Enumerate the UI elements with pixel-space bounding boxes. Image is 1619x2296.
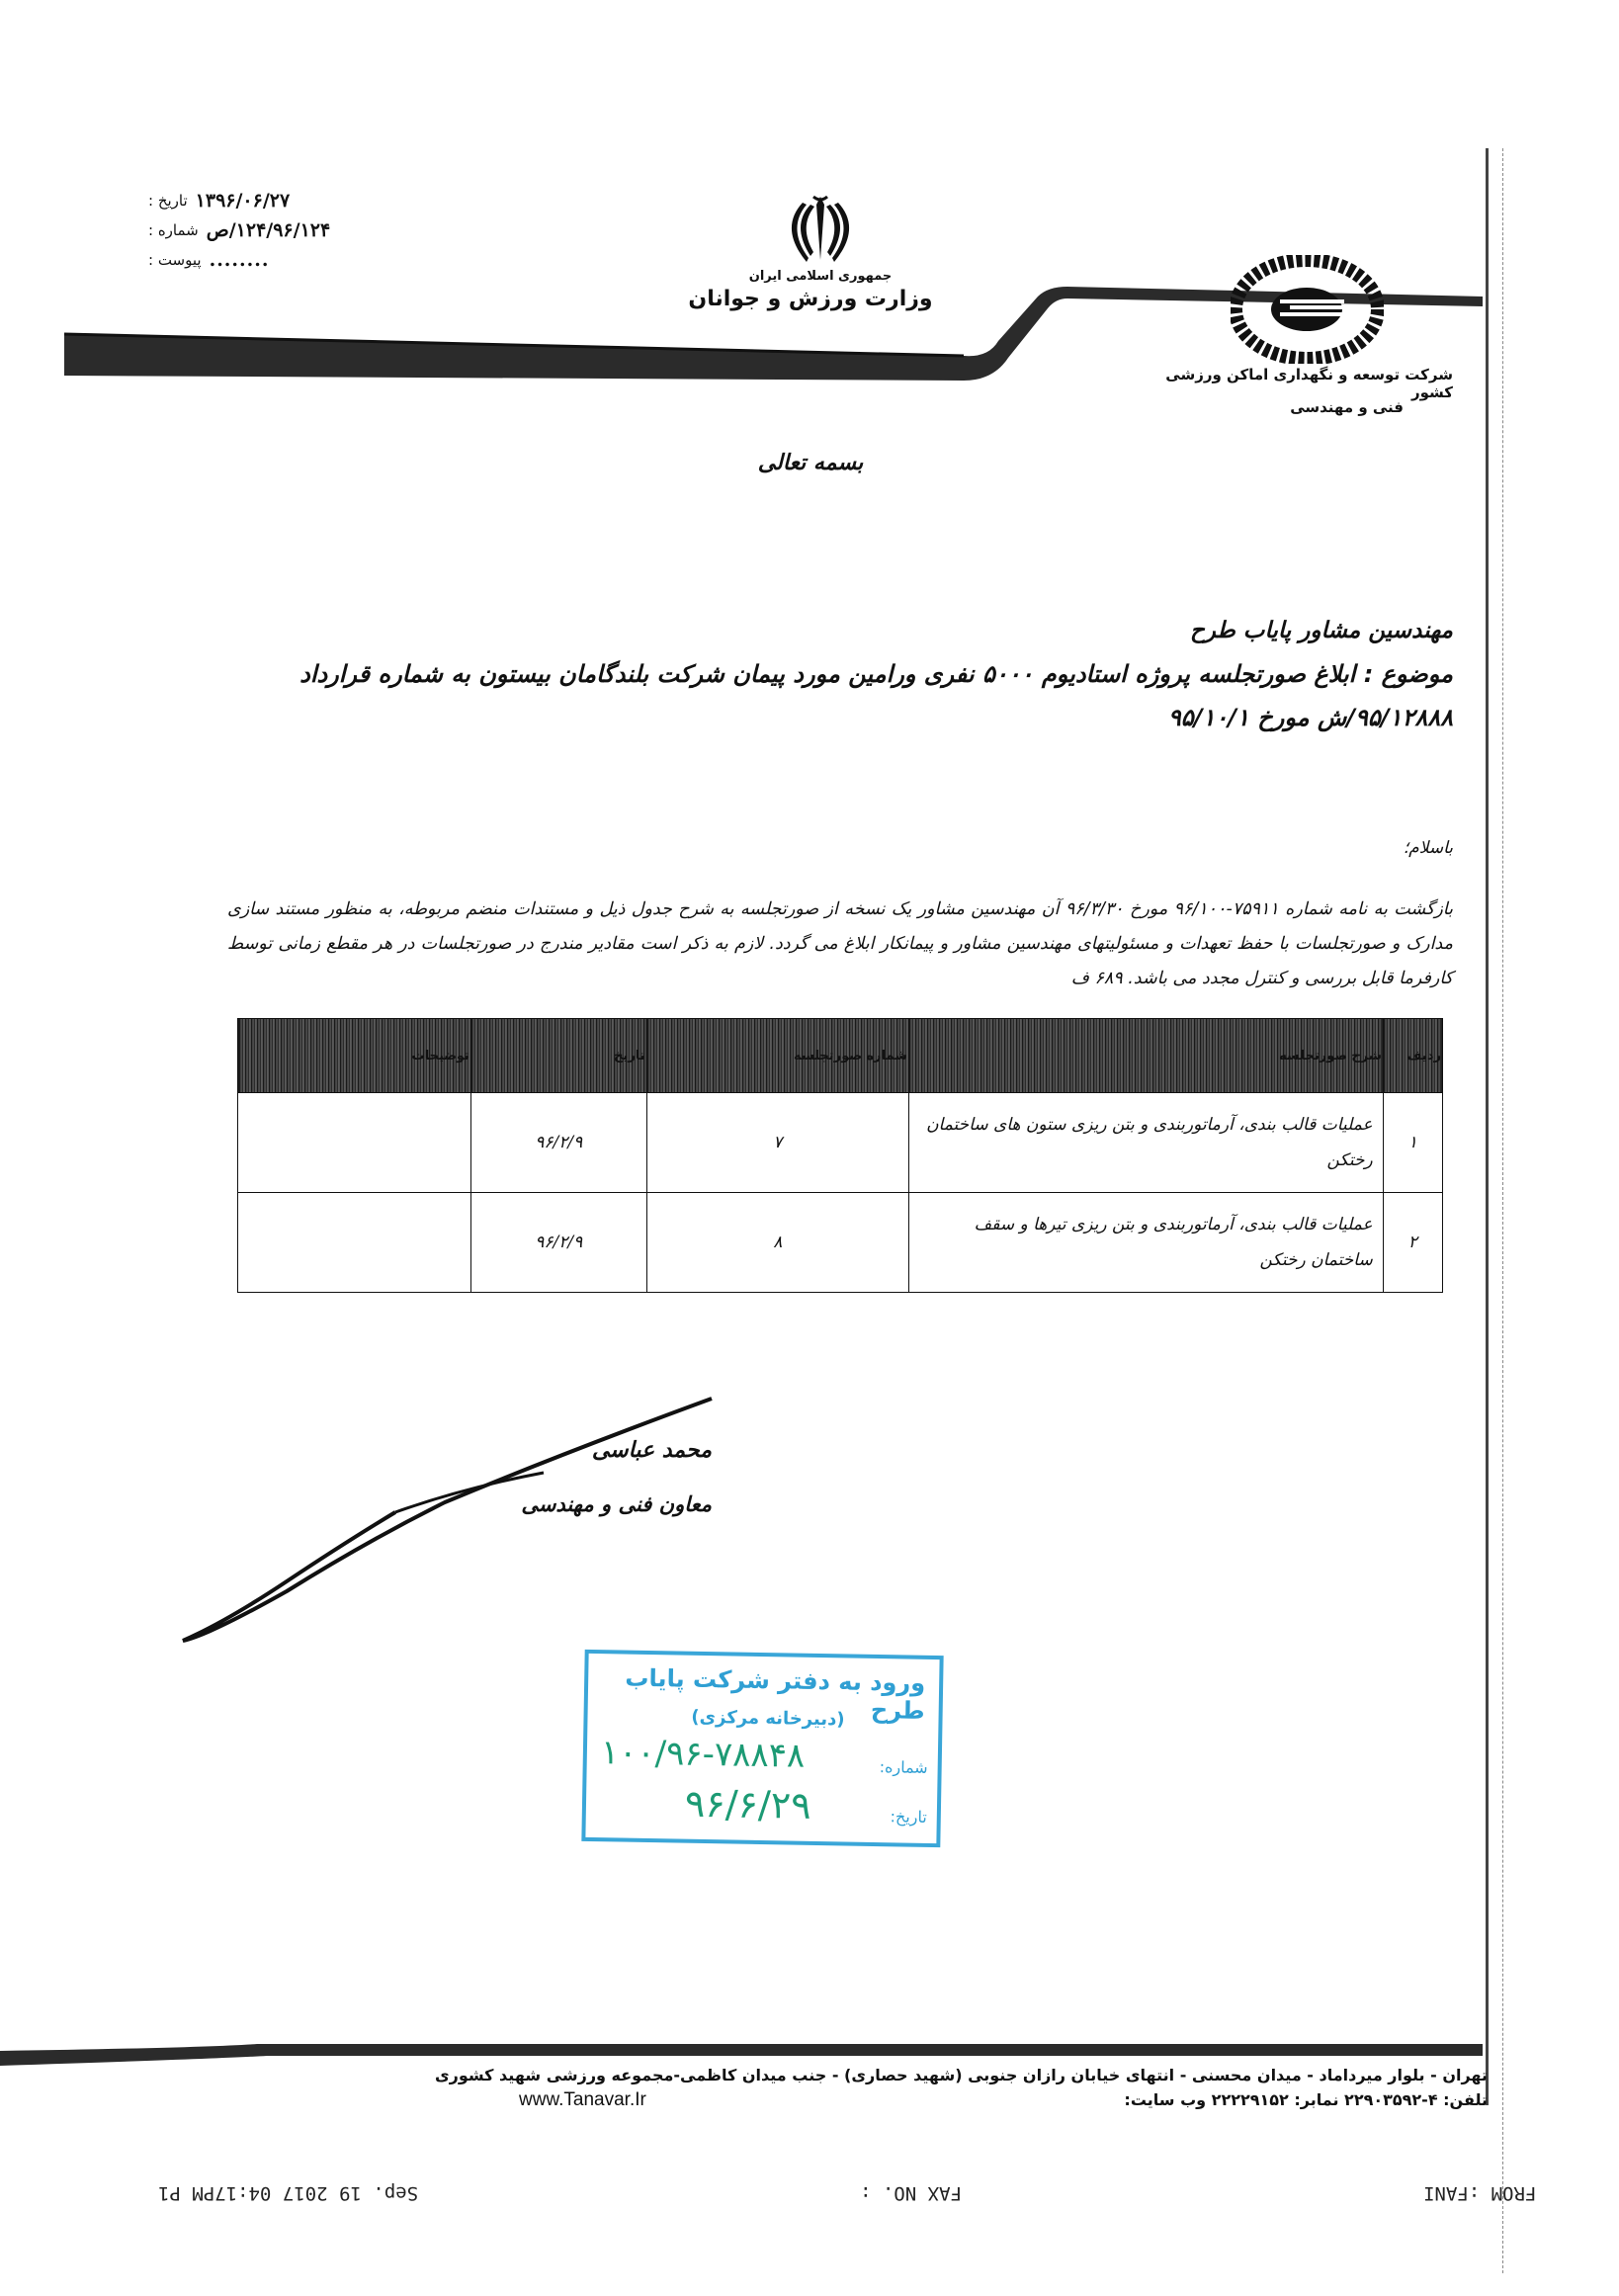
col-description: شرح صورتجلسه — [908, 1019, 1383, 1093]
salutation: باسلام؛ — [1186, 838, 1453, 858]
subject: موضوع : ابلاغ صورتجلسه پروژه استادیوم ۵۰… — [198, 652, 1453, 739]
col-index: ردیف — [1383, 1019, 1442, 1093]
row-description: عملیات قالب بندی، آرماتوربندی و بتن ریزی… — [908, 1093, 1383, 1193]
row-note — [238, 1193, 471, 1293]
bismillah: بسمه تعالی — [692, 450, 929, 475]
table-row: ۱ عملیات قالب بندی، آرماتوربندی و بتن ری… — [238, 1093, 1443, 1193]
recipient: مهندسین مشاور پایاب طرح — [198, 618, 1453, 643]
company-logo-icon — [1231, 255, 1384, 364]
row-date: ۹۶/۲/۹ — [470, 1093, 646, 1193]
date-label: تاریخ : — [148, 186, 188, 215]
body-paragraph: بازگشت به نامه شماره ۷۵۹۱۱-۹۶/۱۰۰ مورخ ۹… — [227, 858, 1453, 996]
row-index: ۲ — [1383, 1193, 1442, 1293]
signatory-title: معاون فنی و مهندسی — [376, 1492, 712, 1516]
row-number: ۷ — [646, 1093, 908, 1193]
fax-from: FROM :FANI — [1423, 2182, 1536, 2204]
number-label: شماره : — [148, 215, 199, 245]
col-number: شماره صورتجلسه — [646, 1019, 908, 1093]
attachment-label: پیوست : — [148, 245, 202, 275]
fax-timestamp: Sep. 19 2017 04:17PM P1 — [158, 2182, 418, 2204]
ministry-name: وزارت ورزش و جوانان — [682, 287, 939, 311]
minutes-table: ردیف شرح صورتجلسه شماره صورتجلسه تاریخ ت… — [237, 1018, 1443, 1293]
row-note — [238, 1093, 471, 1193]
stamp-date-label: تاریخ: — [890, 1807, 927, 1827]
government-line1: جمهوری اسلامی ایران — [692, 269, 949, 284]
iran-emblem-icon — [781, 191, 860, 270]
stamp-number-label: شماره: — [879, 1757, 927, 1777]
col-note: توضیحات — [238, 1019, 471, 1093]
margin-dashed-rule — [1502, 148, 1504, 2273]
table-header-row: ردیف شرح صورتجلسه شماره صورتجلسه تاریخ ت… — [238, 1019, 1443, 1093]
attachment-value: ........ — [210, 245, 270, 275]
row-number: ۸ — [646, 1193, 908, 1293]
col-date: تاریخ — [470, 1019, 646, 1093]
footer-band — [0, 2026, 1483, 2066]
footer-website-link[interactable]: www.Tanavar.Ir — [519, 2089, 646, 2111]
footer-phone: تلفن: ۴-۲۲۹۰۳۵۹۲ نمابر: ۲۲۲۲۹۱۵۲ وب سایت… — [237, 2090, 1488, 2109]
number-value: ۱۲۴/۹۶/۱۲۴/ص — [207, 215, 330, 245]
signatory-name: محمد عباسی — [376, 1438, 712, 1463]
stamp-number-value: ۱۰۰/۹۶-۷۸۸۴۸ — [601, 1733, 806, 1776]
letter-meta: تاریخ :۱۳۹۶/۰۶/۲۷ شماره :۱۲۴/۹۶/۱۲۴/ص پی… — [148, 186, 445, 275]
company-name: شرکت توسعه و نگهداری اماکن ورزشی کشور — [1137, 366, 1453, 401]
company-department: فنی و مهندسی — [1137, 398, 1404, 416]
row-date: ۹۶/۲/۹ — [470, 1193, 646, 1293]
margin-rule — [1486, 148, 1489, 2105]
date-value: ۱۳۹۶/۰۶/۲۷ — [196, 186, 291, 215]
body-text: بازگشت به نامه شماره ۷۵۹۱۱-۹۶/۱۰۰ مورخ ۹… — [227, 899, 1453, 988]
row-description: عملیات قالب بندی، آرماتوربندی و بتن ریزی… — [908, 1193, 1383, 1293]
receipt-stamp: ورود به دفتر شرکت پایاب طرح (دبیرخانه مر… — [581, 1650, 943, 1847]
fax-number: FAX NO. : — [860, 2182, 962, 2204]
row-index: ۱ — [1383, 1093, 1442, 1193]
signature-scribble-icon — [168, 1394, 722, 1651]
stamp-date-value: ۹۶/۶/۲۹ — [685, 1782, 811, 1828]
table-row: ۲ عملیات قالب بندی، آرماتوربندی و بتن ری… — [238, 1193, 1443, 1293]
footer-address: تهران - بلوار میرداماد - میدان محسنی - ا… — [237, 2066, 1488, 2084]
stamp-subtitle: (دبیرخانه مرکزی) — [691, 1707, 845, 1731]
